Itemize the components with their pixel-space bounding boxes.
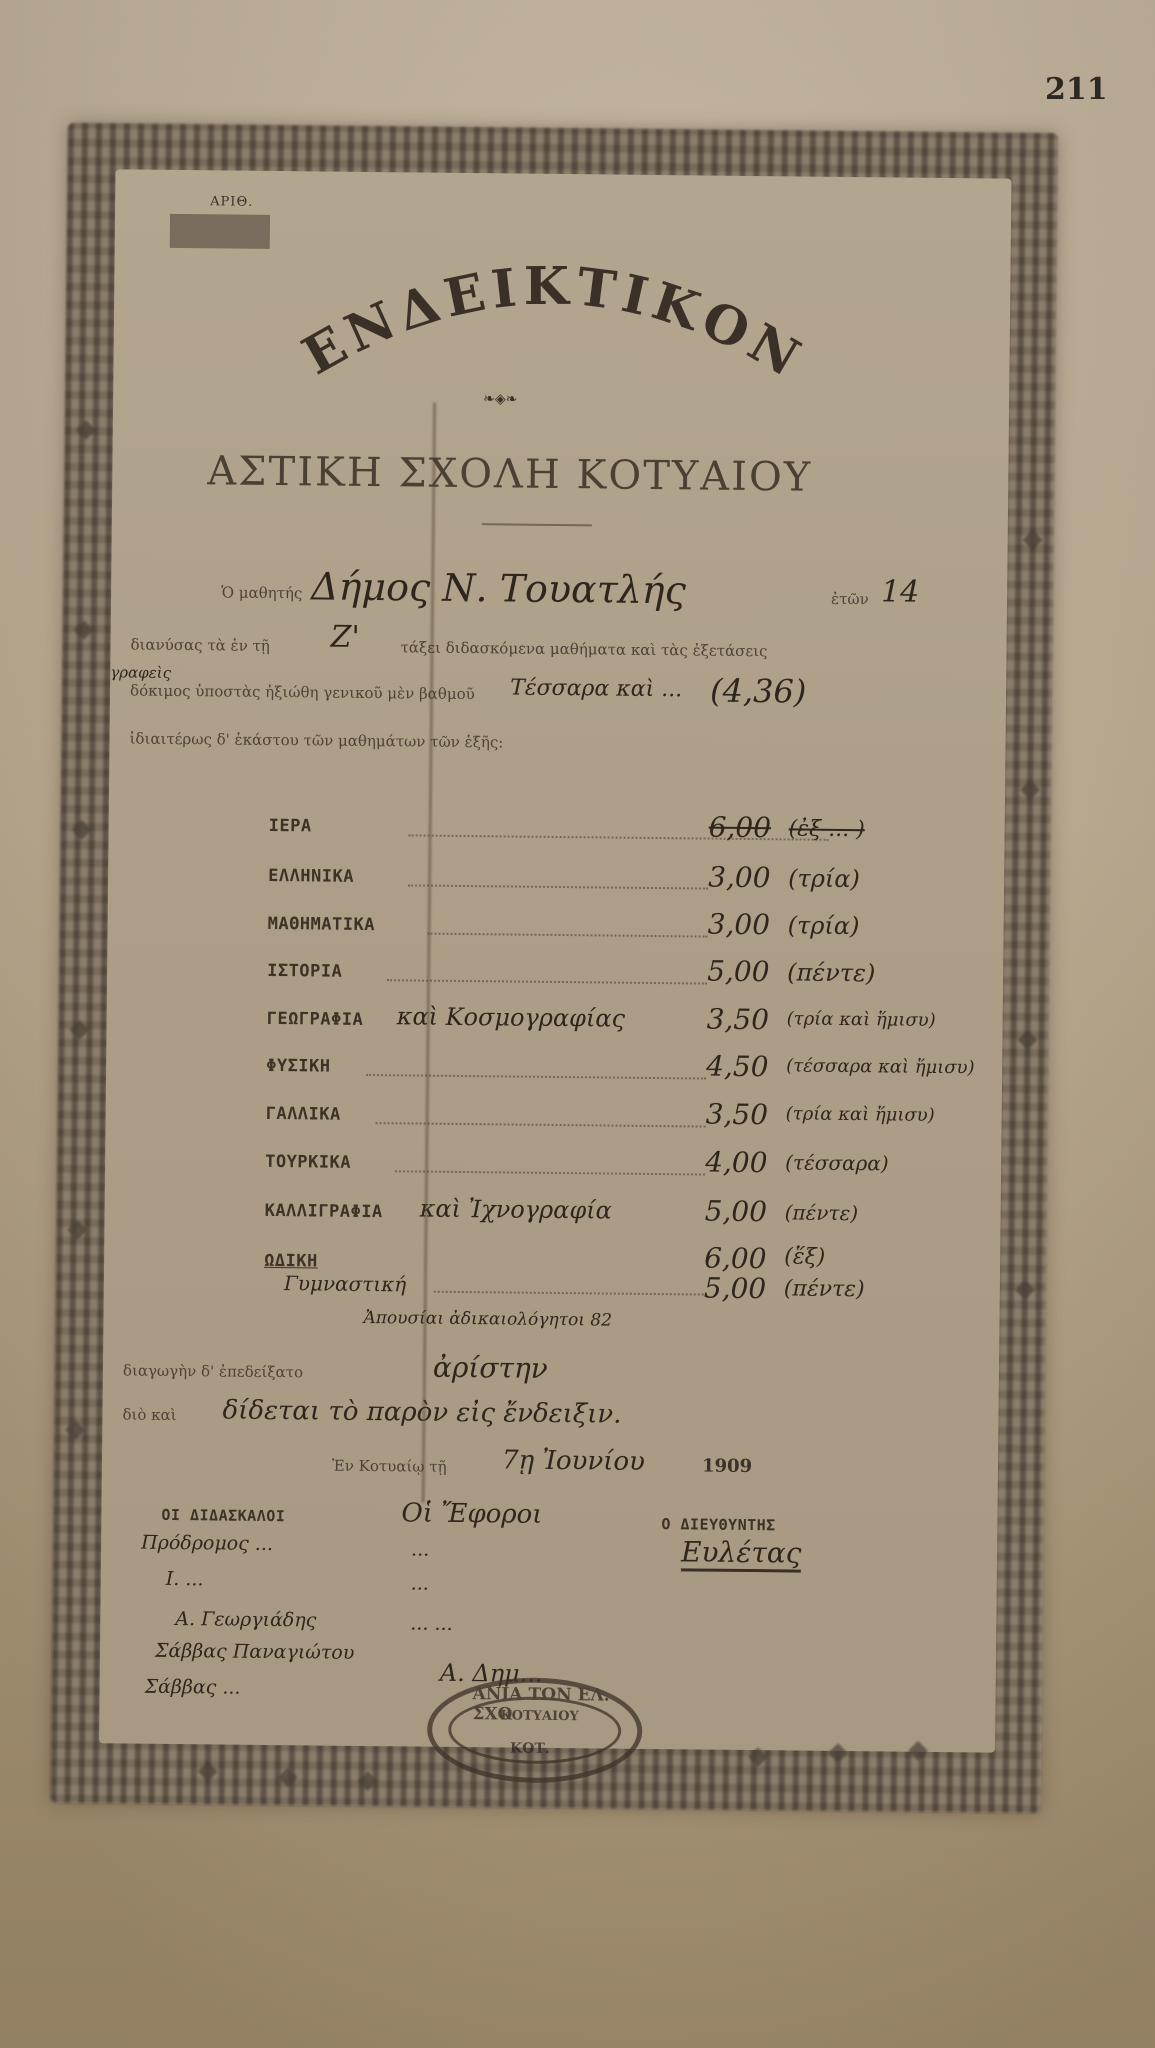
subject-grade-word: (τρία) (788, 864, 860, 893)
school-name: ΑΣΤΙΚΗ ΣΧΟΛΗ ΚΟΤΥΑΙΟΥ (207, 448, 812, 500)
ephor-signature: ... (411, 1538, 429, 1560)
date-prefix: Ἐν Κοτυαίῳ τῇ (332, 1457, 447, 1476)
subject-extra: καὶ Κοσμογραφίας (397, 1002, 626, 1032)
subject-name: ΓΕΩΓΡΑΦΙΑ (267, 1009, 364, 1030)
subjects-intro: ἰδιαιτέρως δ' ἑκάστου τῶν μαθημάτων τῶν … (129, 729, 503, 751)
subject-grade: 4,50 (706, 1050, 769, 1084)
student-age: 14 (881, 574, 920, 609)
subject-name: ΦΥΣΙΚΗ (266, 1056, 331, 1077)
subject-grade-word: (τέσσαρα καὶ ἥμισυ) (786, 1055, 975, 1078)
certificate-title: ΕΝΔΕΙΚΤΙΚΟΝ (273, 241, 835, 417)
stamp-bottom-text: ΚΟΤ. (510, 1741, 550, 1757)
subject-name: ΓΑΛΛΙΚΑ (266, 1104, 341, 1125)
number-box (170, 214, 270, 249)
subject-extra: καὶ Ἰχνογραφία (420, 1195, 612, 1225)
svg-text:ΕΝΔΕΙΚΤΙΚΟΝ: ΕΝΔΕΙΚΤΙΚΟΝ (292, 253, 816, 392)
subject-grade: 5,00 (707, 955, 770, 989)
dotted-leader (376, 1122, 706, 1127)
subject-grade-word: (πέντε) (784, 1276, 865, 1302)
subject-grade: 3,50 (706, 1098, 769, 1132)
dotted-leader (428, 933, 708, 938)
subject-grade-word: (τρία καὶ ἥμισυ) (786, 1103, 935, 1126)
class-line-prefix: διανύσας τὰ ἐν τῇ (130, 636, 269, 655)
dotted-leader (387, 979, 707, 984)
ephors-label: Οἱ Ἔφοροι (401, 1498, 542, 1529)
teacher-signature: Πρόδρομος ... (141, 1532, 273, 1555)
class-grade: Ζ' (330, 620, 359, 655)
conduct-value: ἀρίστην (433, 1351, 548, 1385)
subject-grade: 3,50 (707, 1003, 770, 1037)
subject-grade: 5,00 (704, 1272, 767, 1306)
certificate: ΑΡΙΘ. ΕΝΔΕΙΚΤΙΚΟΝ ❧◈❧ ΑΣΤΙΚΗ ΣΧΟΛΗ ΚΟΤΥΑ… (50, 123, 1058, 1813)
subject-grade: 6,00 (709, 811, 772, 845)
dotted-leader (434, 1291, 704, 1296)
subject-extra: Γυμναστική (284, 1271, 407, 1296)
subject-name: ΚΑΛΛΙΓΡΑΦΙΑ (265, 1201, 383, 1222)
subject-grade-word: (ἕξ) (784, 1244, 825, 1269)
student-name: Δήμος Ν. Τουατλής (311, 564, 686, 612)
page-number: 211 (1045, 72, 1108, 107)
date-value: 7ῃ Ἰουνίου (502, 1445, 645, 1476)
subject-grade-word: (τρία) (788, 911, 860, 940)
class-line-suffix: τάξει διδασκόμενα μαθήματα καὶ τὰς ἐξετά… (400, 638, 767, 660)
subject-grade: 3,00 (707, 908, 770, 942)
subject-grade: 5,00 (704, 1195, 767, 1229)
stamp-center-text: ΚΟΤΥΑΙΟΥ (500, 1708, 579, 1724)
promotion-prefix: διὸ καὶ (122, 1405, 176, 1424)
general-grade-prefix: δόκιμος ὑποστὰς ἠξιώθη γενικοῦ μὲν βαθμο… (130, 681, 475, 703)
teachers-label: ΟΙ ΔΙΔΑΣΚΑΛΟΙ (161, 1506, 285, 1525)
subject-name: ΙΕΡΑ (269, 816, 312, 836)
absences: Ἀπουσίαι ἀδικαιολόγητοι 82 (363, 1308, 612, 1331)
subject-grade-word: (πέντε) (785, 1200, 859, 1225)
general-grade-word: Τέσσαρα καὶ ... (510, 675, 682, 702)
subject-grade-word: (ἐξ ... ) (789, 816, 865, 842)
subject-grade-word: (τέσσαρα) (785, 1150, 889, 1175)
title-rule (482, 523, 592, 526)
teacher-signature: Ι. ... (166, 1568, 204, 1590)
subject-grade-word: (τρία καὶ ἥμισυ) (787, 1008, 936, 1031)
ornament-divider: ❧◈❧ (483, 391, 517, 407)
ephor-signature: ... ... (410, 1612, 453, 1634)
subject-grade-word: (πέντε) (787, 958, 875, 987)
ephor-signature: ... (411, 1572, 429, 1594)
subject-name: ΙΣΤΟΡΙΑ (267, 961, 342, 982)
director-signature: Ευλέτας (681, 1535, 802, 1572)
age-label: ἐτῶν (831, 590, 869, 608)
director-label: Ο ΔΙΕΥΘΥΝΤΗΣ (661, 1515, 776, 1534)
number-label: ΑΡΙΘ. (210, 194, 253, 209)
subject-grade: 6,00 (704, 1242, 767, 1276)
subject-grade: 3,00 (708, 861, 771, 895)
dotted-leader (395, 1170, 705, 1175)
subject-grade: 4,00 (705, 1146, 768, 1180)
subject-name: ΩΔΙΚΗ (264, 1251, 318, 1272)
subject-name: ΤΟΥΡΚΙΚΑ (265, 1152, 351, 1173)
teacher-signature: Σάββας Παναγιώτου (155, 1640, 355, 1664)
subject-name: ΜΑΘΗΜΑΤΙΚΑ (268, 914, 376, 935)
certificate-body: ΑΡΙΘ. ΕΝΔΕΙΚΤΙΚΟΝ ❧◈❧ ΑΣΤΙΚΗ ΣΧΟΛΗ ΚΟΤΥΑ… (99, 169, 1011, 1752)
student-prefix: Ὁ μαθητής (221, 583, 302, 602)
promotion-text: δίδεται τὸ παρὸν εἰς ἔνδειξιν. (222, 1396, 621, 1430)
margin-note: γραφεὶς (110, 663, 171, 682)
dotted-leader (366, 1074, 706, 1080)
year: 1909 (702, 1456, 752, 1478)
dotted-leader (408, 884, 708, 889)
general-grade-value: (4,36) (710, 672, 807, 711)
subject-name: ΕΛΛΗΝΙΚΑ (268, 866, 354, 887)
teacher-signature: Σάββας ... (145, 1676, 241, 1699)
teacher-signature: Α. Γεωργιάδης (175, 1608, 316, 1631)
conduct-prefix: διαγωγὴν δ' ἐπεδείξατο (123, 1361, 303, 1381)
